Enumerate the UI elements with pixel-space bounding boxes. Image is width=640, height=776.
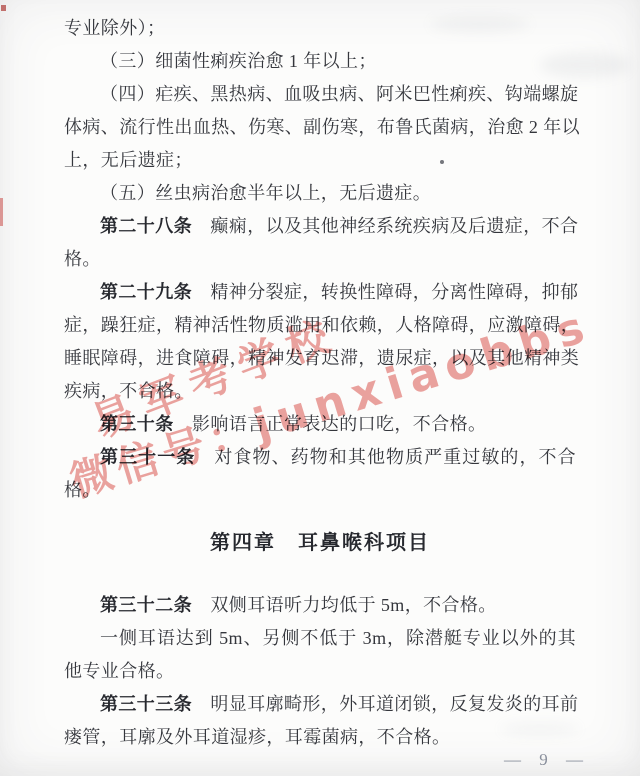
text-line: 上，无后遗症； <box>64 144 576 177</box>
text-line: 体病、流行性出血热、伤寒、副伤寒，布鲁氏菌病，治愈 2 年以 <box>64 111 576 144</box>
text-run: （三）细菌性痢疾治愈 1 年以上； <box>100 51 377 71</box>
page-number: — 9 — <box>504 750 586 770</box>
bold-term: 第三十三条 <box>100 694 192 714</box>
text-run: 症，躁狂症，精神活性物质滥用和依赖，人格障碍，应激障碍， <box>64 315 579 335</box>
text-run: 体病、流行性出血热、伤寒、副伤寒，布鲁氏菌病，治愈 2 年以 <box>64 117 580 137</box>
text-line: 第三十一条 对食物、药物和其他物质严重过敏的，不合 <box>64 441 576 474</box>
text-line: 第三十二条 双侧耳语听力均低于 5m，不合格。 <box>64 589 576 622</box>
text-line: 专业除外）； <box>64 12 576 45</box>
text-run: 精神分裂症，转换性障碍，分离性障碍，抑郁 <box>192 282 578 302</box>
text-line: 睡眠障碍，进食障碍，精神发育迟滞，遗尿症，以及其他精神类 <box>64 342 576 375</box>
text-run: 一侧耳语达到 5m、另侧不低于 3m，除潜艇专业以外的其 <box>100 628 576 648</box>
text-run: 影响语言正常表达的口吃，不合格。 <box>174 414 487 434</box>
text-line: 疾病，不合格。 <box>64 375 576 408</box>
bold-term: 第二十九条 <box>100 282 192 302</box>
text-line: 他专业合格。 <box>64 655 576 688</box>
text-run: 瘘管，耳廓及外耳道湿疹，耳霉菌病，不合格。 <box>64 727 450 747</box>
text-run: （四）疟疾、黑热病、血吸虫病、阿米巴性痢疾、钩端螺旋 <box>100 84 578 104</box>
bold-term: 第三十一条 <box>100 447 195 467</box>
text-run: 睡眠障碍，进食障碍，精神发育迟滞，遗尿症，以及其他精神类 <box>64 348 579 368</box>
text-line: 症，躁狂症，精神活性物质滥用和依赖，人格障碍，应激障碍， <box>64 309 576 342</box>
bold-term: 第二十八条 <box>100 216 192 236</box>
bold-term: 第四章 耳鼻喉科项目 <box>210 532 430 554</box>
text-line: 第二十八条 癫痫，以及其他神经系统疾病及后遗症，不合 <box>64 210 576 243</box>
text-line: （四）疟疾、黑热病、血吸虫病、阿米巴性痢疾、钩端螺旋 <box>64 78 576 111</box>
text-run: 他专业合格。 <box>64 661 174 681</box>
bold-term: 第三十条 <box>100 414 174 434</box>
text-line: 瘘管，耳廓及外耳道湿疹，耳霉菌病，不合格。 <box>64 721 576 754</box>
text-line: （三）细菌性痢疾治愈 1 年以上； <box>64 45 576 78</box>
text-line: 格。 <box>64 243 576 276</box>
text-run: 上，无后遗症； <box>64 150 193 170</box>
document-page: 专业除外）；（三）细菌性痢疾治愈 1 年以上；（四）疟疾、黑热病、血吸虫病、阿米… <box>0 0 640 776</box>
text-run: 格。 <box>64 480 101 500</box>
text-run: 癫痫，以及其他神经系统疾病及后遗症，不合 <box>192 216 578 236</box>
text-content: 专业除外）；（三）细菌性痢疾治愈 1 年以上；（四）疟疾、黑热病、血吸虫病、阿米… <box>0 0 640 754</box>
bold-term: 第三十二条 <box>100 595 192 615</box>
text-run: 专业除外）； <box>64 18 165 38</box>
text-run: 格。 <box>64 249 101 269</box>
text-line: 第三十三条 明显耳廓畸形，外耳道闭锁，反复发炎的耳前 <box>64 688 576 721</box>
text-line: 第三十条 影响语言正常表达的口吃，不合格。 <box>64 408 576 441</box>
text-run: （五）丝虫病治愈半年以上，无后遗症。 <box>100 183 431 203</box>
text-line: （五）丝虫病治愈半年以上，无后遗症。 <box>64 177 576 210</box>
text-line: 第二十九条 精神分裂症，转换性障碍，分离性障碍，抑郁 <box>64 276 576 309</box>
text-run: 对食物、药物和其他物质严重过敏的，不合 <box>195 447 576 467</box>
text-run: 疾病，不合格。 <box>64 381 193 401</box>
text-run: 双侧耳语听力均低于 5m，不合格。 <box>192 595 497 615</box>
text-line: 一侧耳语达到 5m、另侧不低于 3m，除潜艇专业以外的其 <box>64 622 576 655</box>
chapter-heading: 第四章 耳鼻喉科项目 <box>64 523 576 563</box>
text-line: 格。 <box>64 474 576 507</box>
text-run: 明显耳廓畸形，外耳道闭锁，反复发炎的耳前 <box>192 694 578 714</box>
